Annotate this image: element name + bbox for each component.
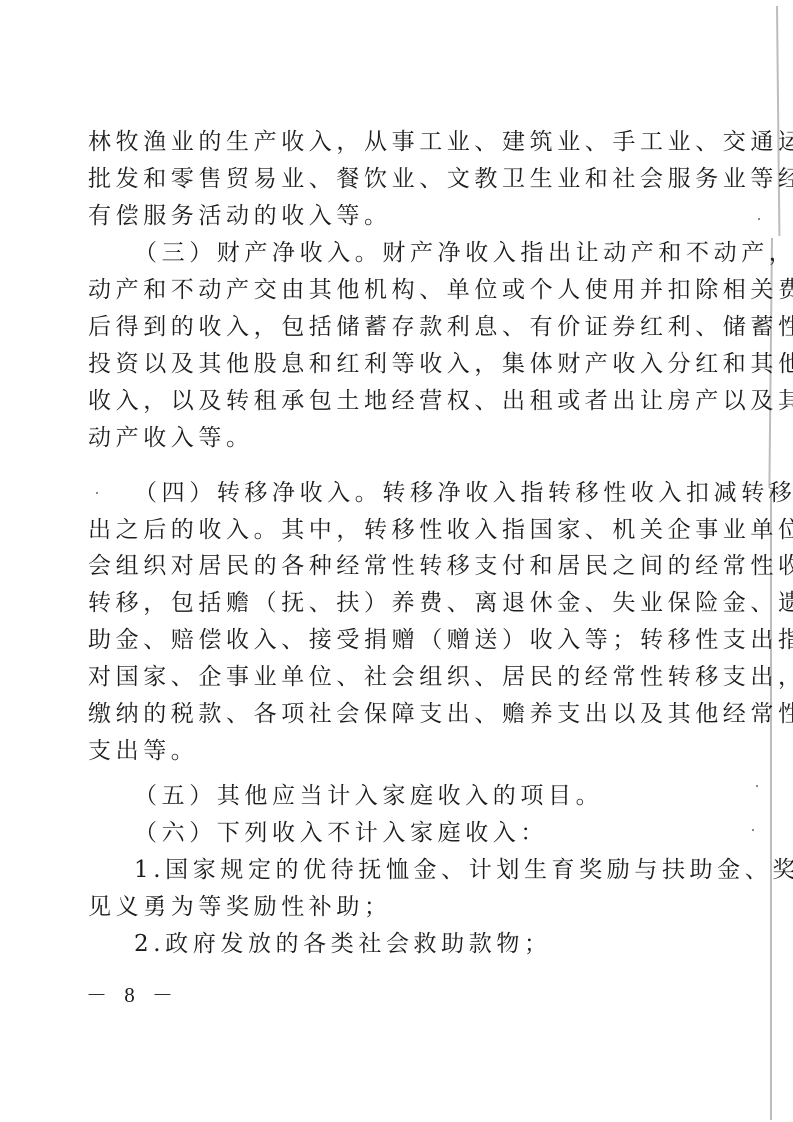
scan-speck bbox=[96, 492, 98, 494]
text-line: 投资以及其他股息和红利等收入，集体财产收入分红和其他动产 bbox=[88, 346, 688, 383]
text-line: 动产和不动产交由其他机构、单位或个人使用并扣除相关费用之 bbox=[88, 272, 688, 309]
scan-speck bbox=[758, 218, 760, 220]
section-heading-excluded-income: （六）下列收入不计入家庭收入： bbox=[134, 815, 688, 852]
section-heading-transfer-income: （四）转移净收入。转移净收入指转移性收入扣减转移性支 bbox=[134, 475, 688, 512]
scan-edge-line bbox=[776, 6, 780, 236]
section-heading-other-income: （五）其他应当计入家庭收入的项目。 bbox=[134, 778, 688, 815]
text-line: 出之后的收入。其中，转移性收入指国家、机关企事业单位、社 bbox=[88, 512, 688, 549]
list-item-1: 1.国家规定的优待抚恤金、计划生育奖励与扶助金、奖学金、 bbox=[134, 852, 688, 889]
section-heading-property-income: （三）财产净收入。财产净收入指出让动产和不动产，或将 bbox=[134, 235, 688, 272]
text-line: 见义勇为等奖励性补助； bbox=[88, 889, 688, 926]
scan-speck bbox=[756, 785, 758, 787]
text-line: 支出等。 bbox=[88, 733, 688, 770]
text-line: 会组织对居民的各种经常性转移支付和居民之间的经常性收入 bbox=[88, 548, 688, 585]
text-line: 收入，以及转租承包土地经营权、出租或者出让房产以及其他不 bbox=[88, 383, 688, 420]
text-line: 缴纳的税款、各项社会保障支出、赡养支出以及其他经常性转移 bbox=[88, 696, 688, 733]
text-line: 动产收入等。 bbox=[88, 420, 688, 457]
document-page: 林牧渔业的生产收入，从事工业、建筑业、手工业、交通运输业、 批发和零售贸易业、餐… bbox=[0, 0, 793, 1122]
text-line: 转移，包括赡（抚、扶）养费、离退休金、失业保险金、遗属补 bbox=[88, 585, 688, 622]
page-number: － 8 － bbox=[86, 980, 179, 1010]
scan-edge-line bbox=[770, 490, 772, 1120]
list-item-2: 2.政府发放的各类社会救助款物； bbox=[134, 926, 688, 963]
text-line: 后得到的收入，包括储蓄存款利息、有价证券红利、储蓄性保险 bbox=[88, 309, 688, 346]
scan-speck bbox=[752, 829, 754, 831]
text-line: 有偿服务活动的收入等。 bbox=[88, 198, 688, 235]
text-line: 林牧渔业的生产收入，从事工业、建筑业、手工业、交通运输业、 bbox=[88, 124, 688, 161]
text-line: 批发和零售贸易业、餐饮业、文教卫生业和社会服务业等经营及 bbox=[88, 161, 688, 198]
text-line: 助金、赔偿收入、接受捐赠（赠送）收入等；转移性支出指居民 bbox=[88, 622, 688, 659]
text-line: 对国家、企事业单位、社会组织、居民的经常性转移支出，包括 bbox=[88, 659, 688, 696]
